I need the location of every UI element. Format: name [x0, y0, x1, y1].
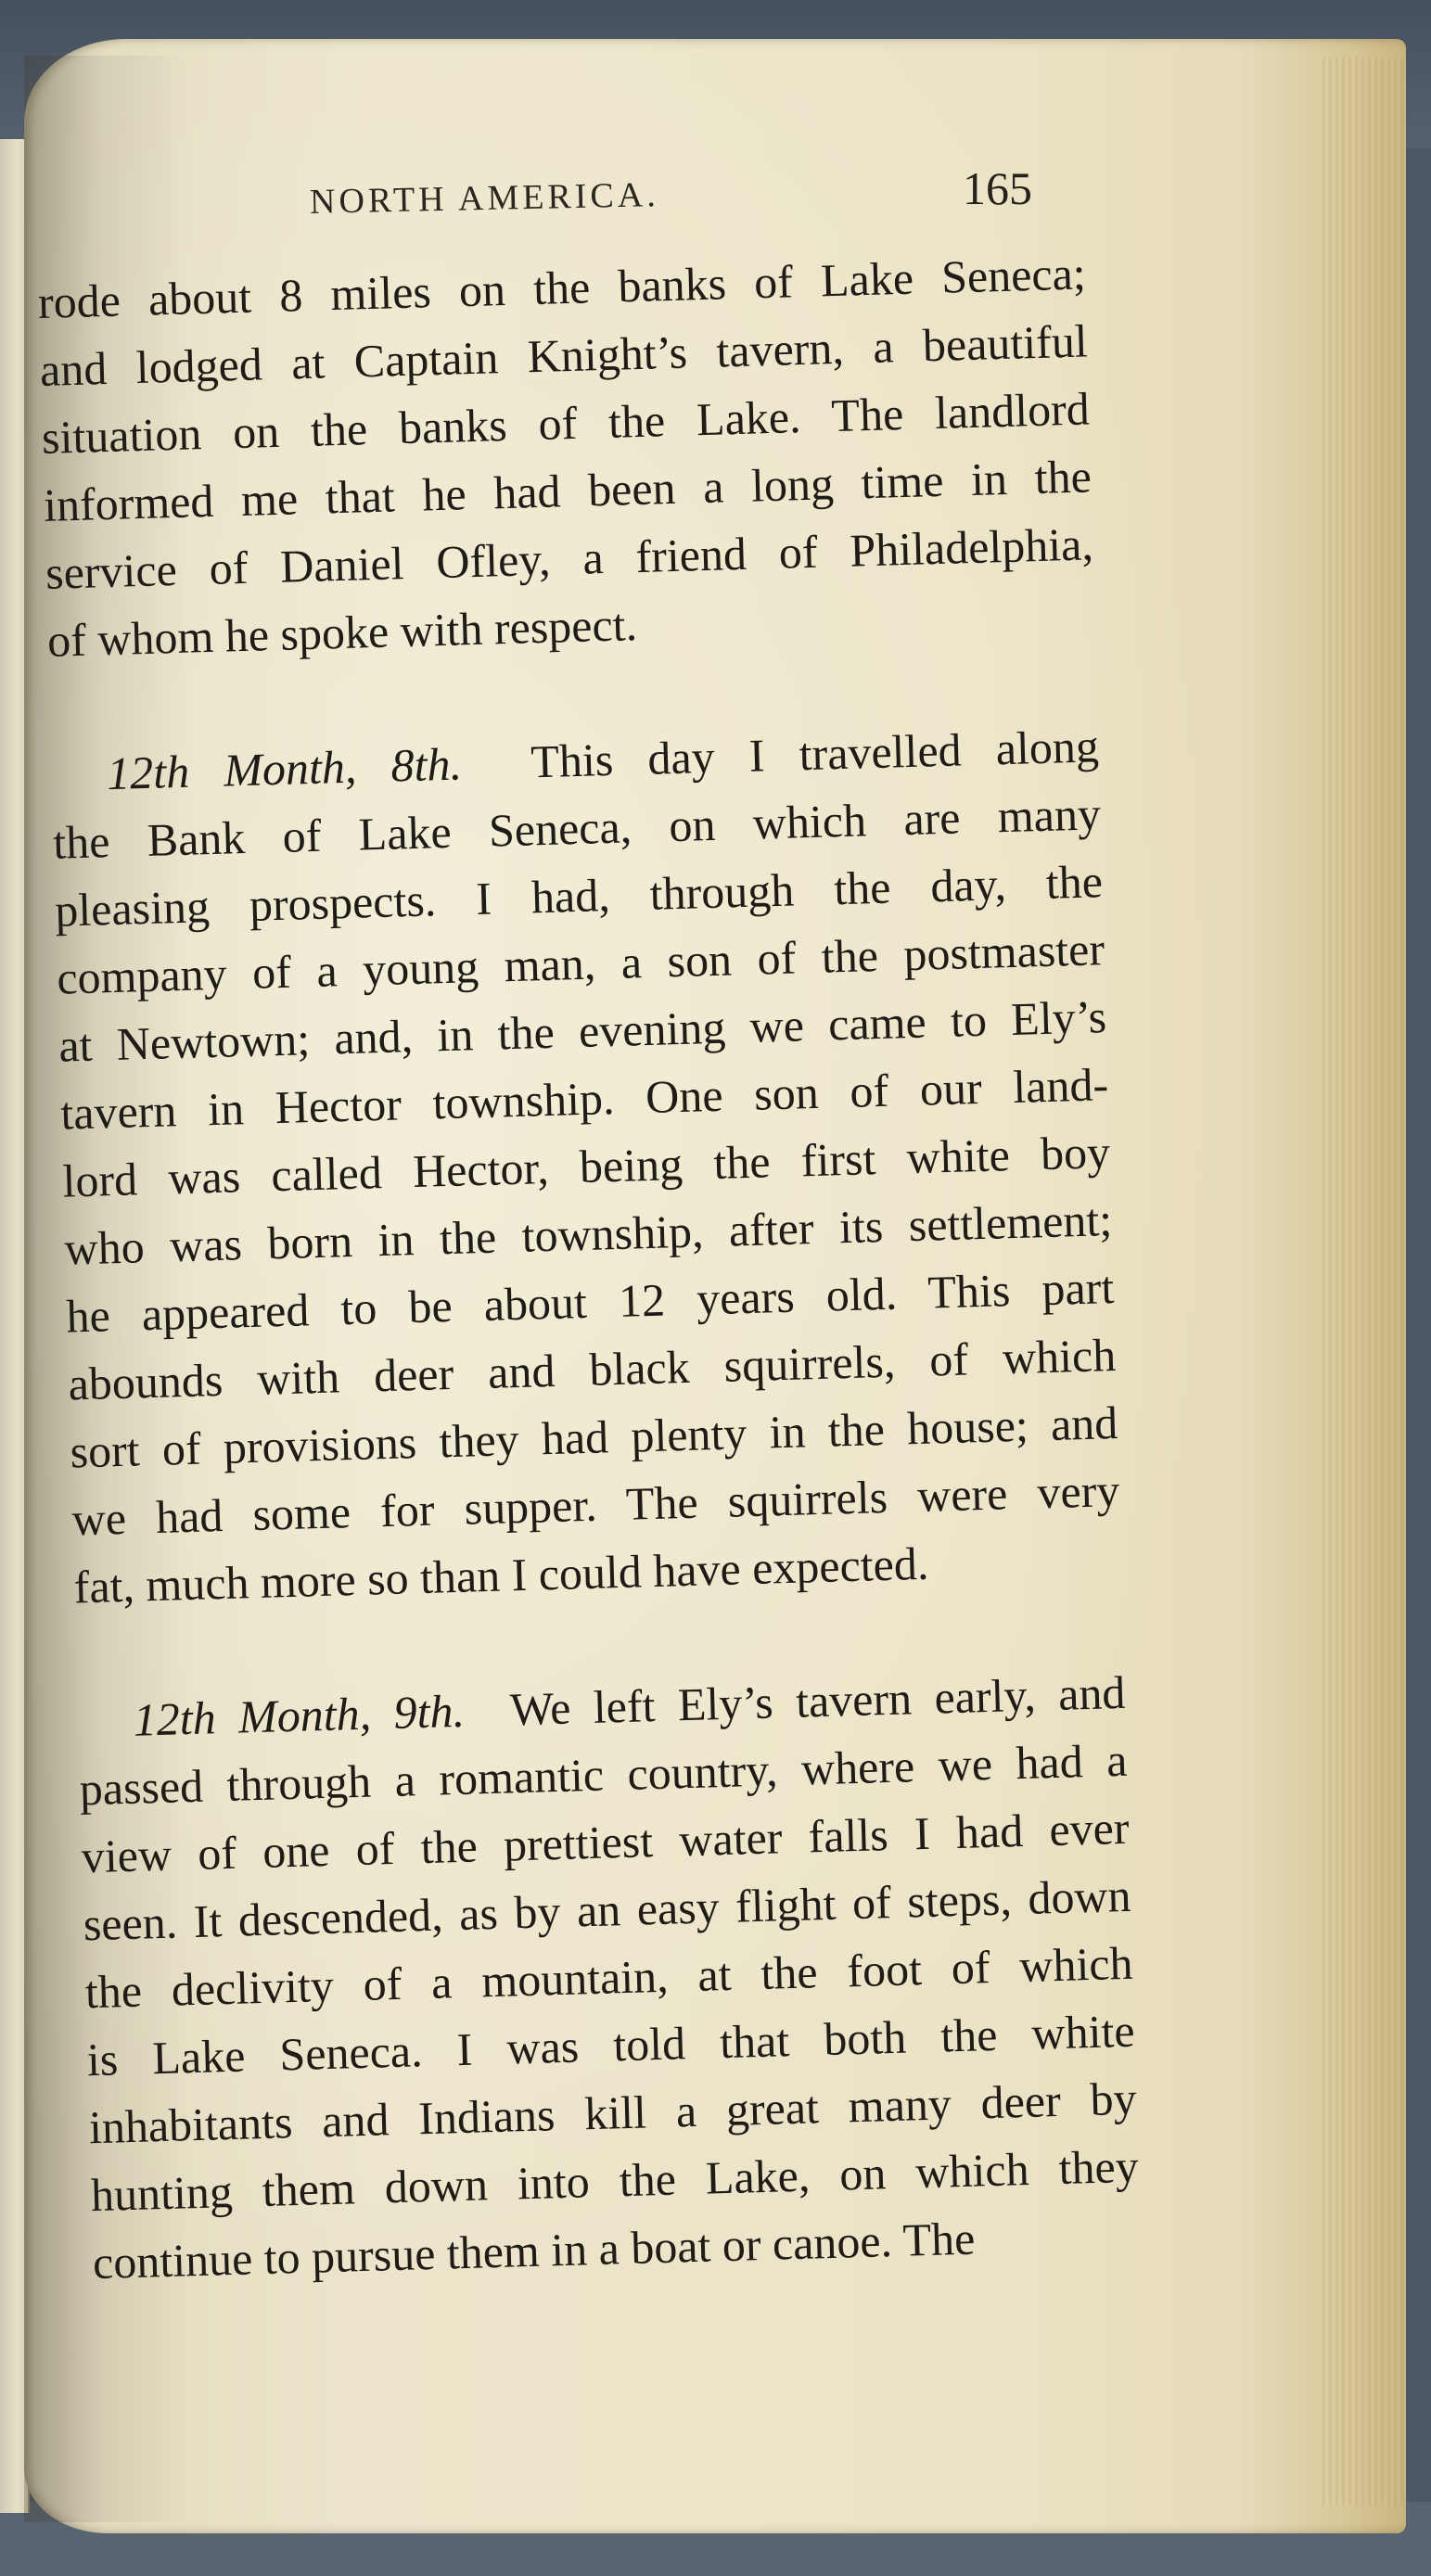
page-number: 165 — [963, 161, 1032, 215]
text-line-start: We left Ely’s tavern early, and — [509, 1666, 1126, 1736]
body-text: rode about 8 miles on the banks of Lake … — [37, 239, 1142, 2297]
page-fore-edge — [1322, 57, 1406, 2506]
text-line-start: This day I travelled along — [530, 720, 1100, 787]
entry-date: 12th Month, 8th. — [106, 737, 462, 799]
running-head: NORTH AMERICA. — [310, 174, 660, 223]
page-header: NORTH AMERICA. 165 — [278, 167, 1076, 223]
entry-date: 12th Month, 9th. — [133, 1685, 466, 1746]
paragraph-1: rode about 8 miles on the banks of Lake … — [37, 239, 1096, 674]
paragraph-2: 12th Month, 8th. This day I travelled al… — [50, 712, 1122, 1621]
paragraph-3: 12th Month, 9th. We left Ely’s tavern ea… — [77, 1659, 1142, 2297]
